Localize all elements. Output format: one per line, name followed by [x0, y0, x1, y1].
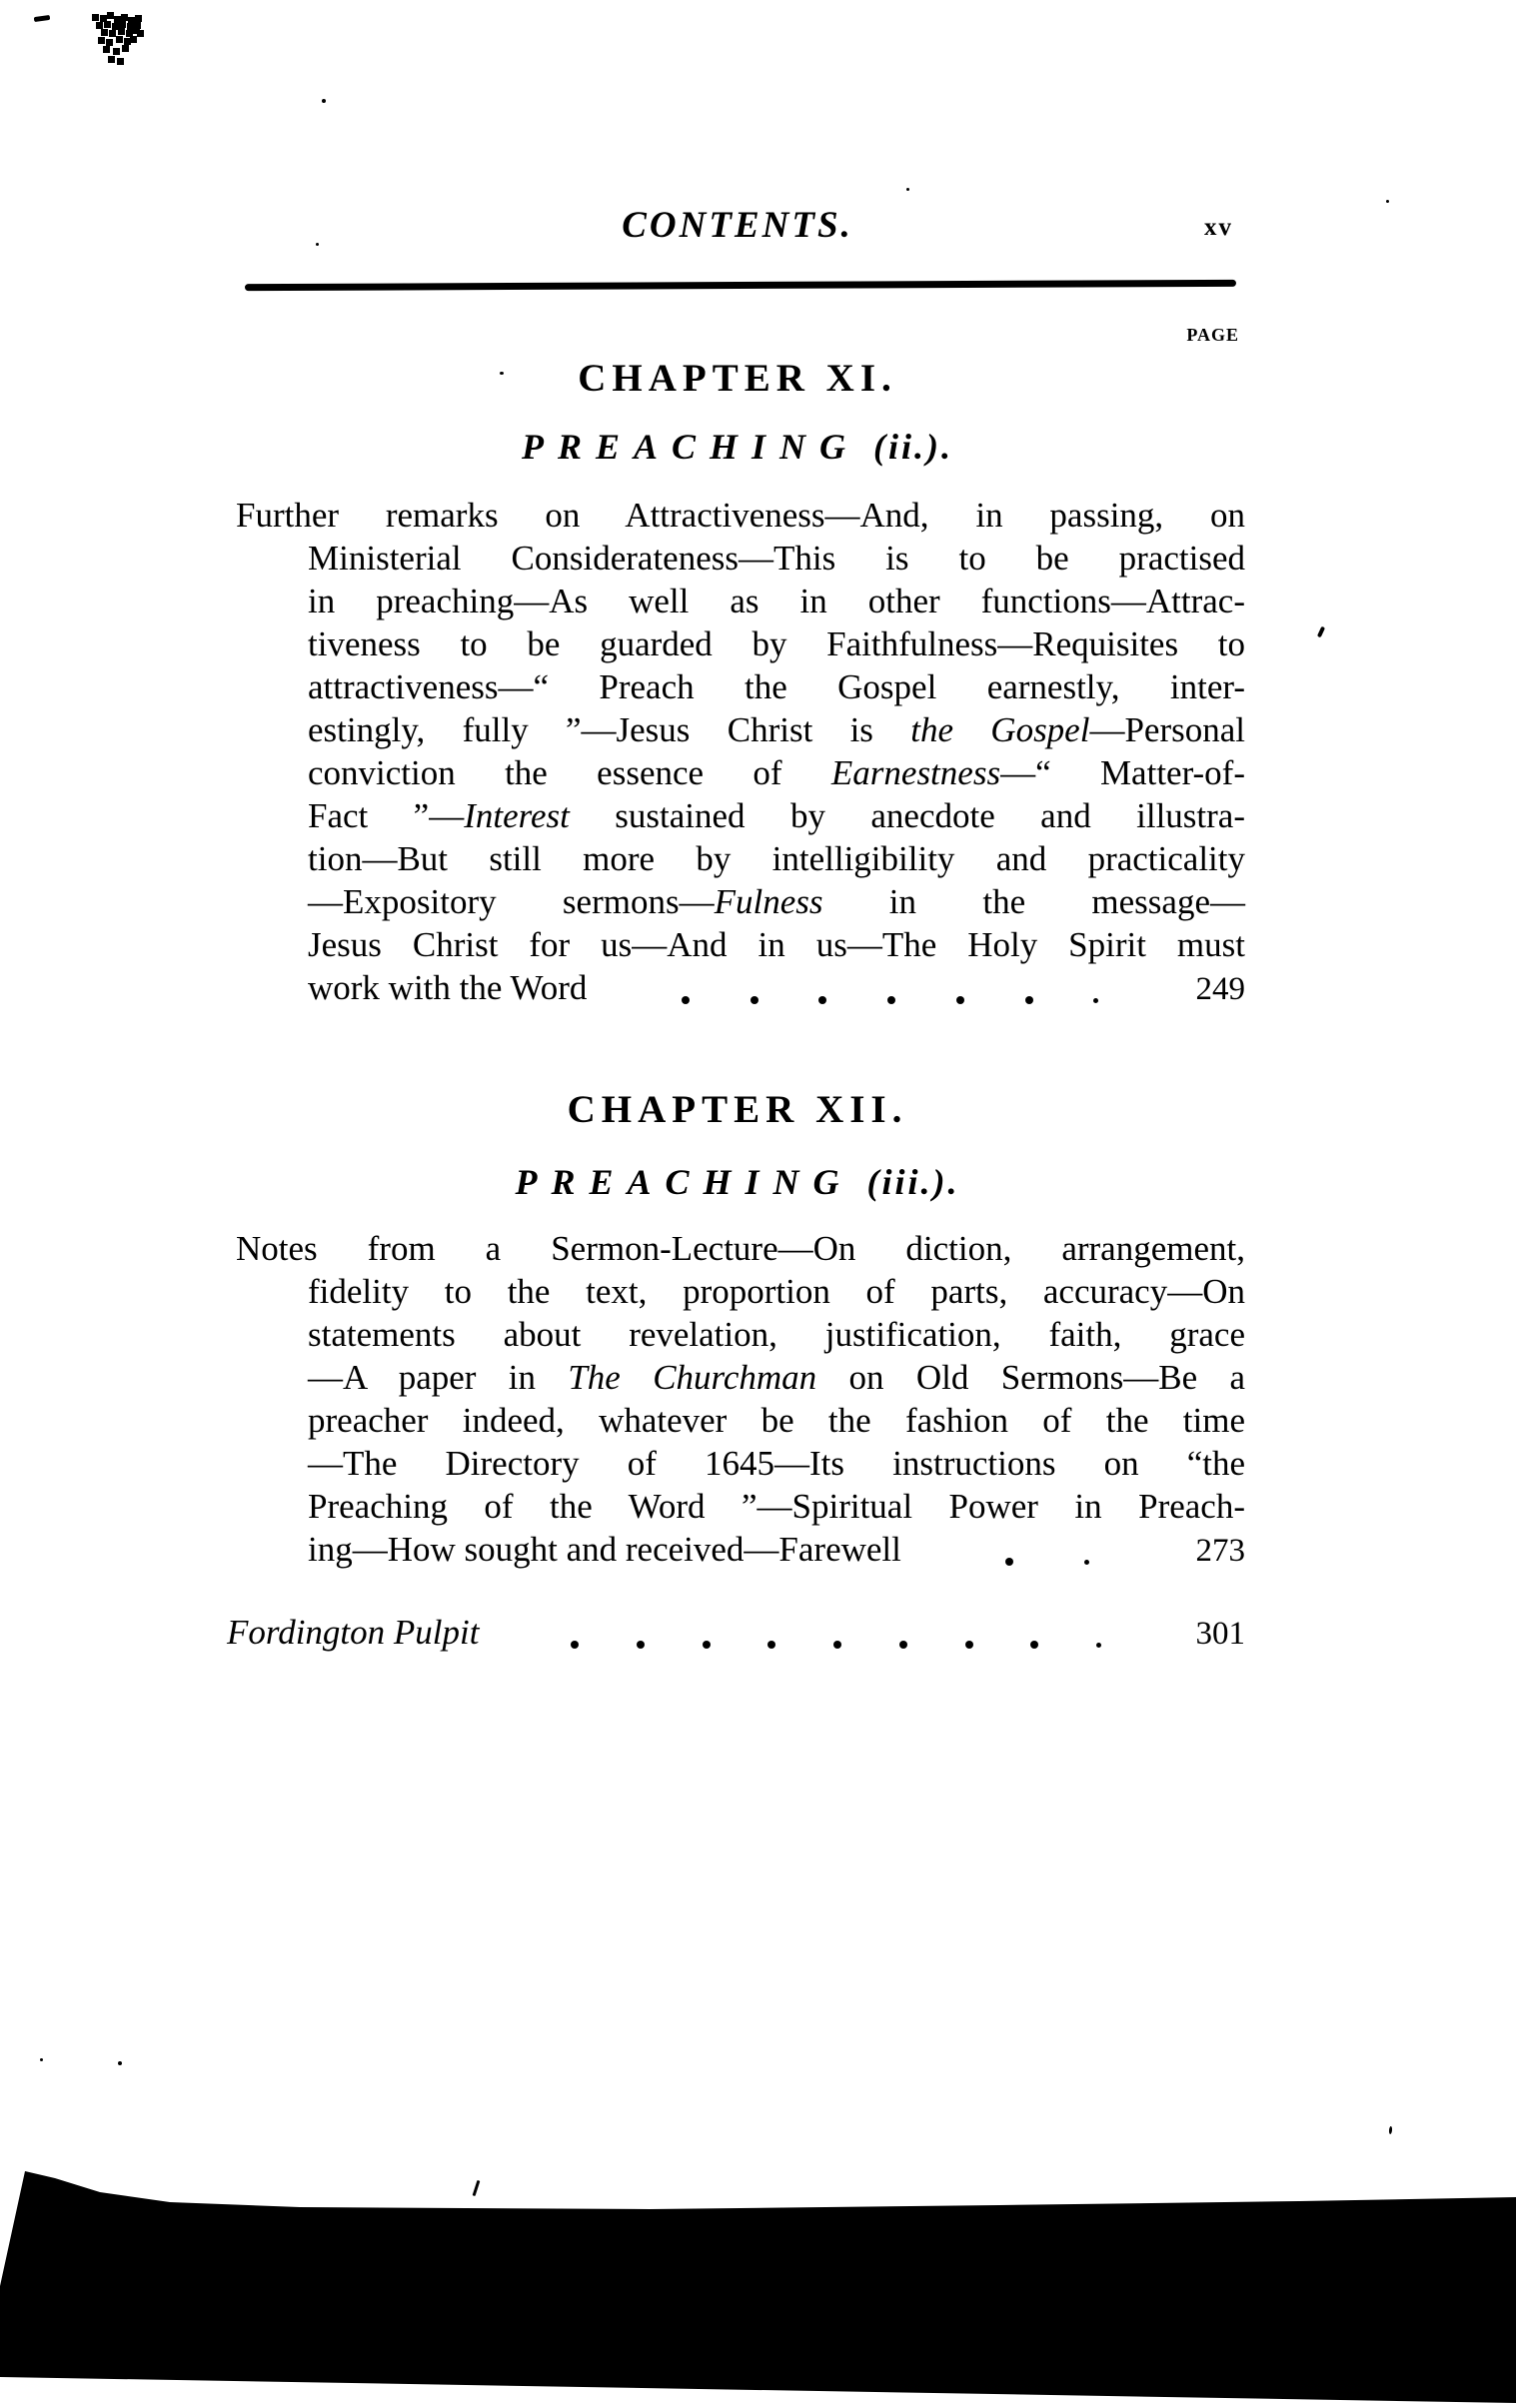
scan-speck — [118, 2061, 122, 2065]
italic-text: Fulness — [715, 882, 823, 921]
text: —“ Matter-of- — [1000, 753, 1245, 792]
head-rule — [245, 280, 1236, 291]
folio-page-number: xv — [1204, 214, 1233, 242]
summary-line: Ministerial Considerateness—This is to b… — [236, 537, 1245, 580]
text: Preaching of the Word ”—Spiritual Power … — [308, 1487, 1245, 1526]
chapter-subheading: PREACHING(iii.). — [230, 1161, 1245, 1203]
text: Fact ”— — [308, 796, 464, 835]
scanned-book-page: CONTENTS. xv PAGE CHAPTER XI. PREACHING(… — [0, 0, 1516, 2408]
chapter-heading: CHAPTER XII. — [230, 1087, 1245, 1132]
text: conviction the essence of — [308, 753, 831, 792]
toc-entry-line: ing—How sought and received—Farewell273 — [236, 1528, 1245, 1573]
dot-leader — [901, 1528, 1173, 1573]
entry-page-number: 249 — [1173, 968, 1245, 1011]
chapter-subheading: PREACHING(ii.). — [230, 426, 1245, 468]
page-title: CONTENTS. — [230, 204, 1245, 247]
toc-entry-line: work with the Word249 — [236, 966, 1245, 1011]
text: —The Directory of 1645—Its instructions … — [308, 1444, 1245, 1483]
scan-speck — [322, 99, 326, 103]
text: attractiveness—“ Preach the Gospel earne… — [308, 667, 1245, 706]
subheading-title: PREACHING — [515, 1162, 852, 1202]
text: ing—How sought and received—Farewell — [308, 1530, 901, 1569]
italic-text: Earnestness — [831, 753, 1000, 792]
text: on Old Sermons—Be a — [816, 1358, 1245, 1397]
summary-line: statements about revelation, justificati… — [236, 1313, 1245, 1356]
scan-speck — [1386, 200, 1389, 203]
summary-line: fidelity to the text, proportion of part… — [236, 1270, 1245, 1313]
summary-line: preacher indeed, whatever be the fashion… — [236, 1399, 1245, 1442]
summary-line: Fact ”—Interest sustained by anecdote an… — [236, 794, 1245, 837]
summary-line: tiveness to be guarded by Faithfulness—R… — [236, 622, 1245, 665]
scan-speck — [1317, 626, 1325, 638]
text: —A paper in — [308, 1358, 568, 1397]
toc-entry-line: Fordington Pulpit301 — [227, 1611, 1245, 1656]
text: work with the Word — [308, 968, 587, 1007]
text: —Personal — [1089, 710, 1245, 749]
summary-line: estingly, fully ”—Jesus Christ is the Go… — [236, 708, 1245, 751]
scan-black-artifact — [0, 2158, 1516, 2408]
text: —Expository sermons— — [308, 882, 715, 921]
text: tion—But still more by intelligibility a… — [308, 839, 1245, 878]
text: tiveness to be guarded by Faithfulness—R… — [308, 624, 1245, 663]
summary-line: tion—But still more by intelligibility a… — [236, 837, 1245, 880]
chapter-summary: Further remarks on Attractiveness—And, i… — [236, 494, 1245, 1011]
summary-line: —Expository sermons—Fulness in the messa… — [236, 880, 1245, 923]
italic-text: Fordington Pulpit — [227, 1613, 479, 1652]
scan-speck — [34, 15, 51, 22]
text: preacher indeed, whatever be the fashion… — [308, 1401, 1245, 1440]
text: fidelity to the text, proportion of part… — [308, 1272, 1245, 1311]
text: estingly, fully ”—Jesus Christ is — [308, 710, 910, 749]
text: in the message— — [822, 882, 1245, 921]
italic-text: Interest — [464, 796, 570, 835]
summary-line: Notes from a Sermon-Lecture—On diction, … — [236, 1227, 1245, 1270]
summary-line: Jesus Christ for us—And in us—The Holy S… — [236, 923, 1245, 966]
dot-leader — [587, 966, 1173, 1011]
summary-line: —A paper in The Churchman on Old Sermons… — [236, 1356, 1245, 1399]
scan-speck — [40, 2058, 43, 2061]
summary-line: Preaching of the Word ”—Spiritual Power … — [236, 1485, 1245, 1528]
text: Jesus Christ for us—And in us—The Holy S… — [308, 925, 1245, 964]
running-head: CONTENTS. xv — [230, 204, 1245, 256]
summary-line: conviction the essence of Earnestness—“ … — [236, 751, 1245, 794]
summary-line: Further remarks on Attractiveness—And, i… — [236, 494, 1245, 537]
chapter-summary: Notes from a Sermon-Lecture—On diction, … — [236, 1227, 1245, 1573]
italic-text: The Churchman — [568, 1358, 816, 1397]
scan-speck — [906, 188, 909, 191]
text: sustained by anecdote and illustra- — [570, 796, 1245, 835]
scan-speck — [473, 2180, 481, 2196]
subheading-number: (iii.). — [867, 1162, 960, 1202]
dot-leader — [479, 1611, 1173, 1656]
subheading-number: (ii.). — [873, 427, 953, 467]
subheading-title: PREACHING — [522, 427, 859, 467]
scan-speck — [1389, 2126, 1393, 2134]
scan-smudge — [92, 14, 99, 21]
entry-page-number: 273 — [1173, 1530, 1245, 1573]
text: Ministerial Considerateness—This is to b… — [308, 539, 1245, 578]
text: statements about revelation, justificati… — [308, 1315, 1245, 1354]
text: Notes from a Sermon-Lecture—On diction, … — [236, 1229, 1245, 1268]
entry-page-number: 301 — [1173, 1612, 1245, 1656]
summary-line: attractiveness—“ Preach the Gospel earne… — [236, 665, 1245, 708]
text: in preaching—As well as in other functio… — [308, 582, 1245, 620]
text: Further remarks on Attractiveness—And, i… — [236, 496, 1245, 535]
summary-line: in preaching—As well as in other functio… — [236, 580, 1245, 622]
chapter-heading: CHAPTER XI. — [230, 356, 1245, 401]
toc-entry-fordington-pulpit: Fordington Pulpit301 — [227, 1611, 1245, 1656]
italic-text: the Gospel — [910, 710, 1089, 749]
summary-line: —The Directory of 1645—Its instructions … — [236, 1442, 1245, 1485]
page-column-label: PAGE — [230, 325, 1239, 346]
